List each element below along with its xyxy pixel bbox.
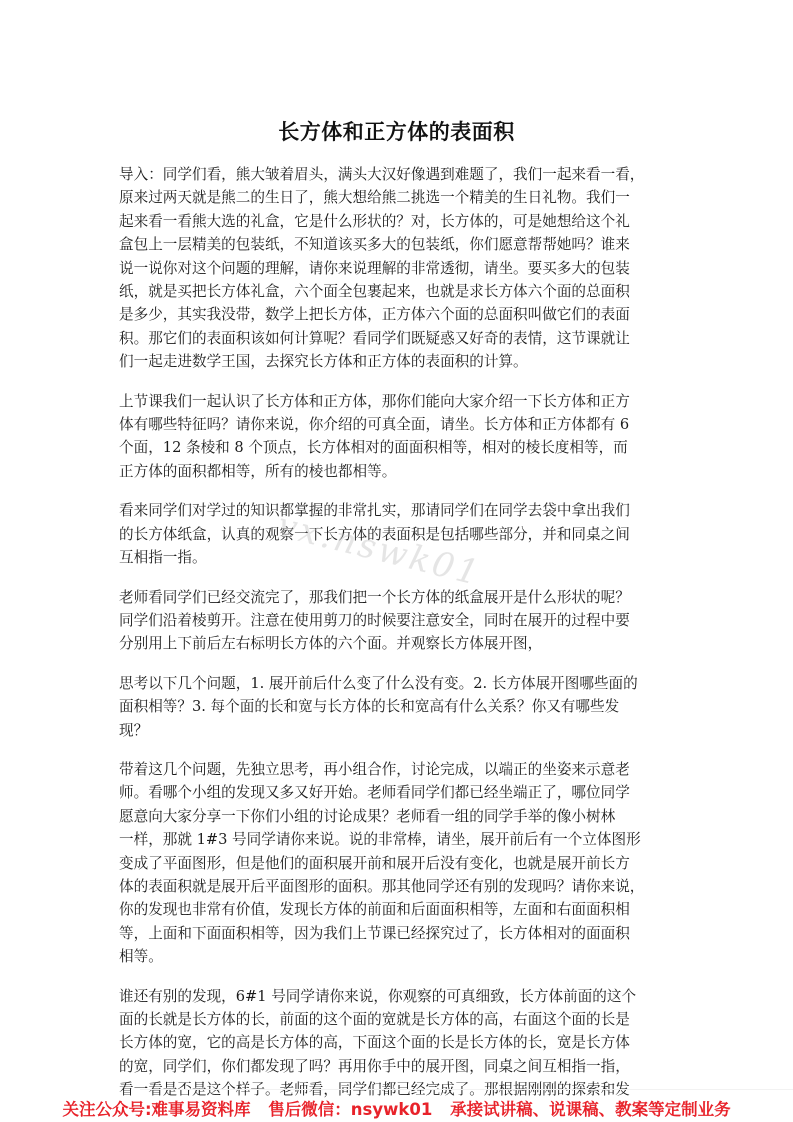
text-line: 互相指一指。: [119, 546, 679, 569]
text-line: 是多少，其实我没带，数学上把长方体，正方体六个面的总面积叫做它们的表面: [119, 303, 679, 326]
text-line: 们一起走进数学王国，去探究长方体和正方体的表面积的计算。: [119, 350, 679, 373]
text-line: 同学们沿着棱剪开。注意在使用剪刀的时候要注意安全，同时在展开的过程中要: [119, 609, 679, 632]
text-line: 上节课我们一起认识了长方体和正方体，那你们能向大家介绍一下长方体和正方: [119, 390, 679, 413]
text-line: 谁还有别的发现，6#1 号同学请你来说，你观察的可真细致，长方体前面的这个: [119, 985, 679, 1008]
text-line: 说一说你对这个问题的理解，请你来说理解的非常透彻，请坐。要买多大的包装: [119, 257, 679, 280]
footer-follow-text: 关注公众号:难事易资料库: [62, 1100, 250, 1119]
paragraph-questions: 思考以下几个问题，1. 展开前后什么变了什么没有变。2. 长方体展开图哪些面的 …: [119, 672, 679, 742]
text-line: 的宽，同学们，你们都发现了吗？再用你手中的展开图，同桌之间互相指一指，: [119, 1055, 679, 1078]
document-body: 导入：同学们看，熊大皱着眉头，满头大汉好像遇到难题了，我们一起来看一看， 原来过…: [119, 163, 679, 1118]
paragraph-intro: 导入：同学们看，熊大皱着眉头，满头大汉好像遇到难题了，我们一起来看一看， 原来过…: [119, 163, 679, 374]
text-line: 原来过两天就是熊二的生日了，熊大想给熊二挑选一个精美的生日礼物。我们一: [119, 186, 679, 209]
text-line: 盒包上一层精美的包装纸，不知道该买多大的包装纸，你们愿意帮帮她吗？谁来: [119, 233, 679, 256]
paragraph-unfold: 老师看同学们已经交流完了，那我们把一个长方体的纸盒展开是什么形状的呢？ 同学们沿…: [119, 586, 679, 656]
document-page: 长方体和正方体的表面积 导入：同学们看，熊大皱着眉头，满头大汉好像遇到难题了，我…: [0, 0, 793, 1122]
footer-banner: 关注公众号:难事易资料库 售后微信：nsywk01 承接试讲稿、说课稿、教案等定…: [0, 1096, 793, 1122]
text-line: 你的发现也非常有价值，发现长方体的前面和后面面积相等，左面和右面面积相: [119, 898, 679, 921]
text-line: 积。那它们的表面积该如何计算呢？看同学们既疑惑又好奇的表情，这节课就让: [119, 327, 679, 350]
footer-service-text: 承接试讲稿、说课稿、教案等定制业务: [450, 1100, 731, 1119]
text-line: 分别用上下前后左右标明长方体的六个面。并观察长方体展开图，: [119, 632, 679, 655]
document-title: 长方体和正方体的表面积: [0, 116, 793, 146]
text-line: 相等。: [119, 945, 679, 968]
paragraph-discussion: 带着这几个问题，先独立思考，再小组合作，讨论完成，以端正的坐姿来示意老 师。看哪…: [119, 758, 679, 969]
text-line: 正方体的面积都相等，所有的棱也都相等。: [119, 460, 679, 483]
text-line: 导入：同学们看，熊大皱着眉头，满头大汉好像遇到难题了，我们一起来看一看，: [119, 163, 679, 186]
text-line: 长方体的宽，它的高是长方体的高，下面这个面的长是长方体的长，宽是长方体: [119, 1031, 679, 1054]
footer-divider: [140, 1089, 793, 1090]
text-line: 思考以下几个问题，1. 展开前后什么变了什么没有变。2. 长方体展开图哪些面的: [119, 672, 679, 695]
text-line: 师。看哪个小组的发现又多又好开始。老师看同学们都已经坐端正了，哪位同学: [119, 781, 679, 804]
text-line: 老师看同学们已经交流完了，那我们把一个长方体的纸盒展开是什么形状的呢？: [119, 586, 679, 609]
text-line: 带着这几个问题，先独立思考，再小组合作，讨论完成，以端正的坐姿来示意老: [119, 758, 679, 781]
footer-wechat-text: 售后微信：nsywk01: [268, 1100, 432, 1119]
text-line: 等，上面和下面面积相等，因为我们上节课已经探究过了，长方体相对的面面积: [119, 922, 679, 945]
text-line: 面积相等？3. 每个面的长和宽与长方体的长和宽高有什么关系？你又有哪些发: [119, 695, 679, 718]
text-line: 看来同学们对学过的知识都掌握的非常扎实，那请同学们在同学去袋中拿出我们: [119, 499, 679, 522]
paragraph-findings: 谁还有别的发现，6#1 号同学请你来说，你观察的可真细致，长方体前面的这个 面的…: [119, 985, 679, 1102]
text-line: 现？: [119, 719, 679, 742]
text-line: 变成了平面图形，但是他们的面积展开前和展开后没有变化，也就是展开前长方: [119, 852, 679, 875]
text-line: 体有哪些特征吗？请你来说，你介绍的可真全面，请坐。长方体和正方体都有 6: [119, 413, 679, 436]
text-line: 一样，那就 1#3 号同学请你来说。说的非常棒，请坐，展开前后有一个立体图形: [119, 828, 679, 851]
text-line: 愿意向大家分享一下你们小组的讨论成果？老师看一组的同学手举的像小树林: [119, 805, 679, 828]
text-line: 面的长就是长方体的长，前面的这个面的宽就是长方体的高，右面这个面的长是: [119, 1008, 679, 1031]
text-line: 体的表面积就是展开后平面图形的面积。那其他同学还有别的发现吗？请你来说，: [119, 875, 679, 898]
text-line: 的长方体纸盒，认真的观察一下长方体的表面积是包括哪些部分，并和同桌之间: [119, 523, 679, 546]
text-line: 个面，12 条棱和 8 个顶点，长方体相对的面面积相等，相对的棱长度相等，而: [119, 436, 679, 459]
paragraph-observe: 看来同学们对学过的知识都掌握的非常扎实，那请同学们在同学去袋中拿出我们 的长方体…: [119, 499, 679, 569]
text-line: 起来看一看熊大选的礼盒，它是什么形状的？对，长方体的，可是她想给这个礼: [119, 210, 679, 233]
text-line: 纸，就是买把长方体礼盒，六个面全包裹起来，也就是求长方体六个面的总面积: [119, 280, 679, 303]
paragraph-review: 上节课我们一起认识了长方体和正方体，那你们能向大家介绍一下长方体和正方 体有哪些…: [119, 390, 679, 484]
